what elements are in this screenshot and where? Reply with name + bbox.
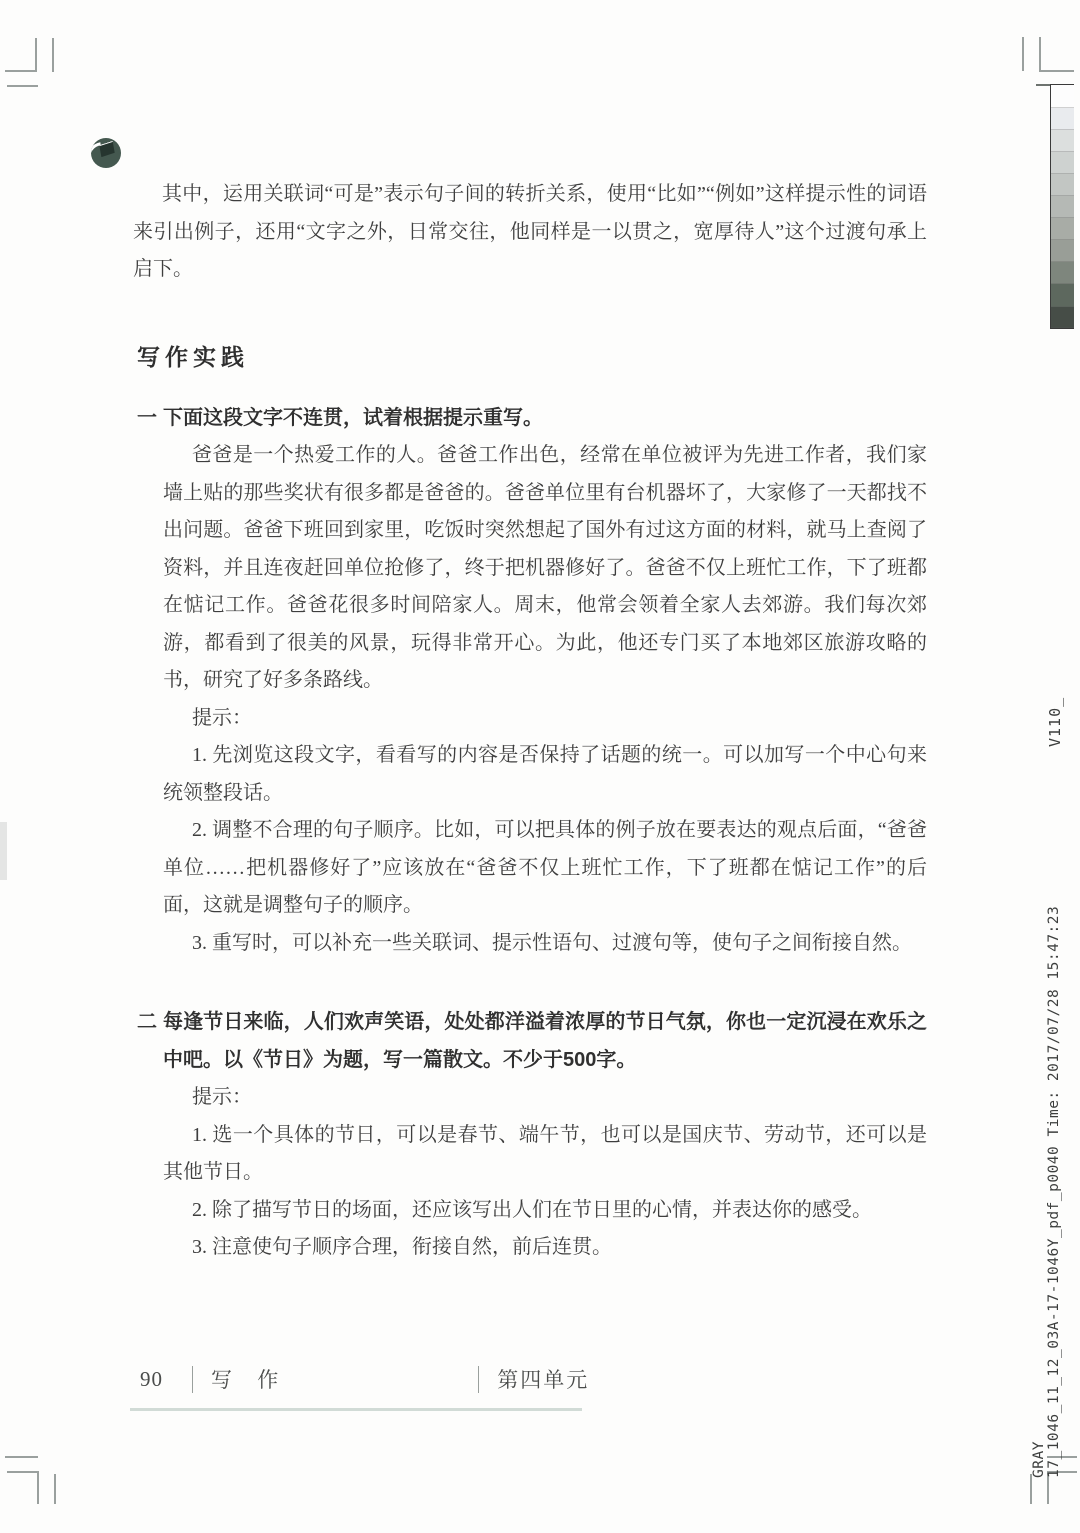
exercise-1-instruction: 下面这段文字不连贯，试着根据提示重写。	[163, 400, 927, 438]
calibration-tick	[1036, 84, 1050, 86]
scan-smudge	[0, 822, 7, 880]
exercise-2: 二 每逢节日来临，人们欢声笑语，处处都洋溢着浓厚的节日气氛，你也一定沉浸在欢乐之…	[133, 1004, 927, 1267]
section-heading: 写作实践	[137, 339, 927, 372]
grayscale-step	[1051, 240, 1074, 262]
color-mode-label: GRAY	[1031, 1441, 1047, 1478]
exercise-1-marker: 一	[137, 400, 157, 438]
grayscale-step	[1051, 262, 1074, 284]
crop-mark	[7, 85, 38, 87]
page-number: 90	[140, 1367, 174, 1392]
scanned-textbook-page: V110_ 17_1046_11_12_03A-17-1046Y_pdf_p00…	[0, 0, 1080, 1533]
grayscale-step	[1051, 174, 1074, 196]
grayscale-step	[1051, 108, 1074, 130]
exercise-2-instruction: 每逢节日来临，人们欢声笑语，处处都洋溢着浓厚的节日气氛，你也一定沉浸在欢乐之中吧…	[163, 1004, 927, 1079]
grayscale-step	[1051, 284, 1074, 307]
footer-divider	[192, 1366, 193, 1393]
crop-mark	[35, 38, 37, 72]
grayscale-step	[1051, 130, 1074, 152]
crop-mark	[5, 1456, 38, 1458]
hint-item: 2. 除了描写节日的场面，还应该写出人们在节日里的心情，并表达你的感受。	[163, 1192, 927, 1230]
exercise-2-hint-label: 提示：	[163, 1079, 927, 1117]
crop-mark	[37, 1471, 39, 1504]
crop-mark	[52, 38, 54, 72]
hint-item: 2. 调整不合理的句子顺序。比如，可以把具体的例子放在要表达的观点后面，“爸爸单…	[163, 812, 927, 925]
page-content: 其中，运用关联词“可是”表示句子间的转折关系，使用“比如”“例如”这样提示性的词…	[133, 176, 927, 1267]
footer-accent-line	[130, 1408, 582, 1411]
exercise-1-passage: 爸爸是一个热爱工作的人。爸爸工作出色，经常在单位被评为先进工作者，我们家墙上贴的…	[163, 437, 927, 700]
grayscale-strip	[1050, 84, 1074, 329]
hint-item: 3. 重写时，可以补充一些关联词、提示性语句、过渡句等，使句子之间衔接自然。	[163, 925, 927, 963]
crop-mark	[5, 70, 37, 72]
grayscale-step	[1051, 307, 1074, 328]
footer-unit: 第四单元	[497, 1364, 589, 1394]
footer-divider	[478, 1366, 479, 1393]
footer-chapter: 写 作	[211, 1364, 288, 1394]
page-footer: 90 写 作 第四单元	[140, 1364, 589, 1394]
exercise-2-marker: 二	[137, 1004, 157, 1042]
version-code-vertical: V110_	[1046, 697, 1064, 747]
grayscale-step	[1051, 196, 1074, 218]
exercise-1: 一 下面这段文字不连贯，试着根据提示重写。 爸爸是一个热爱工作的人。爸爸工作出色…	[133, 400, 927, 963]
crop-mark	[1030, 1474, 1032, 1504]
hint-item: 3. 注意使句子顺序合理，衔接自然，前后连贯。	[163, 1229, 927, 1267]
grayscale-step	[1051, 218, 1074, 240]
exercise-1-hint-label: 提示：	[163, 700, 927, 738]
grayscale-step	[1051, 152, 1074, 174]
crop-mark	[7, 1471, 39, 1473]
grayscale-step	[1051, 85, 1074, 108]
print-info-vertical: 17_1046_11_12_03A-17-1046Y_pdf_p0040 Tim…	[1046, 906, 1062, 1478]
hint-item: 1. 先浏览这段文字，看看写的内容是否保持了话题的统一。可以加写一个中心句来统领…	[163, 737, 927, 812]
hint-item: 1. 选一个具体的节日，可以是春节、端午节，也可以是国庆节、劳动节，还可以是其他…	[163, 1117, 927, 1192]
intro-paragraph: 其中，运用关联词“可是”表示句子间的转折关系，使用“比如”“例如”这样提示性的词…	[133, 176, 927, 289]
crop-mark	[1039, 70, 1074, 72]
crop-mark	[54, 1474, 56, 1504]
crop-mark	[1022, 37, 1024, 71]
green-print-logo-icon	[91, 138, 121, 168]
crop-mark	[1039, 37, 1041, 72]
